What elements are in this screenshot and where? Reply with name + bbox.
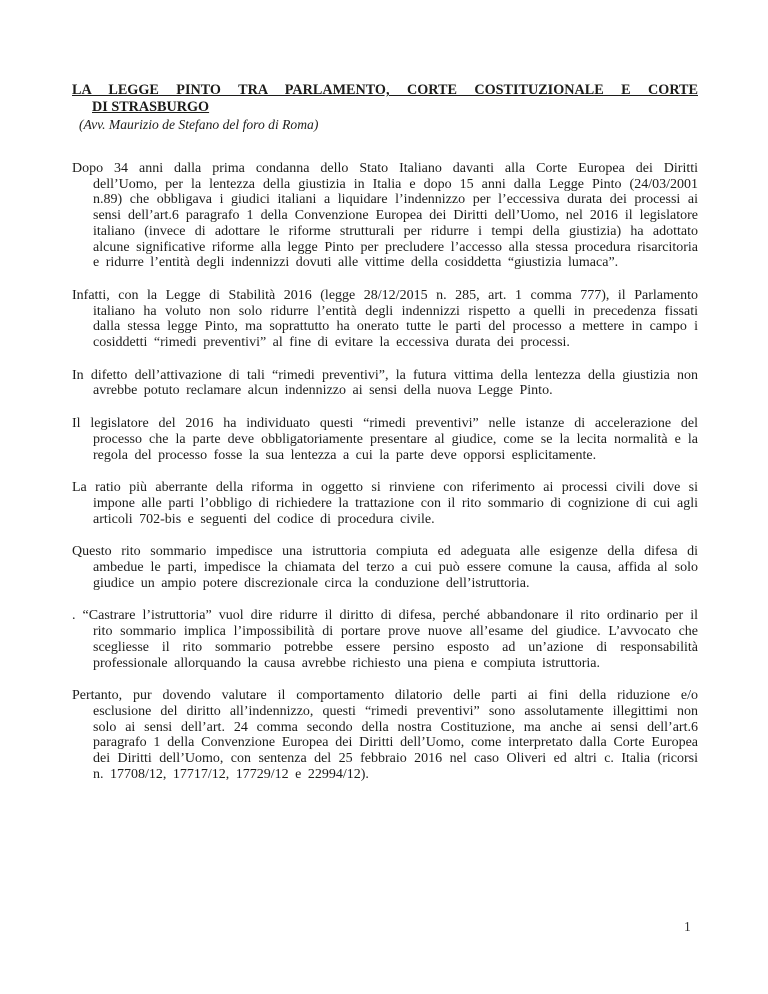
- paragraph-8: Pertanto, pur dovendo valutare il compor…: [72, 688, 698, 782]
- paragraph-2: Infatti, con la Legge di Stabilità 2016 …: [72, 288, 698, 351]
- paragraph-1: Dopo 34 anni dalla prima condanna dello …: [72, 161, 698, 271]
- paragraph-3: In difetto dell’attivazione di tali “rim…: [72, 368, 698, 399]
- paragraph-7: . “Castrare l’istruttoria” vuol dire rid…: [72, 608, 698, 671]
- paragraph-5: La ratio più aberrante della riforma in …: [72, 480, 698, 527]
- author-byline: (Avv. Maurizio de Stefano del foro di Ro…: [72, 117, 698, 133]
- title-line-2: DI STRASBURGO: [92, 99, 698, 116]
- page-number: 1: [684, 919, 691, 935]
- paragraph-4: Il legislatore del 2016 ha individuato q…: [72, 416, 698, 463]
- title-line-1: LA LEGGE PINTO TRA PARLAMENTO, CORTE COS…: [72, 82, 698, 99]
- document-title: LA LEGGE PINTO TRA PARLAMENTO, CORTE COS…: [72, 82, 698, 116]
- document-page: LA LEGGE PINTO TRA PARLAMENTO, CORTE COS…: [0, 0, 768, 994]
- document-content: LA LEGGE PINTO TRA PARLAMENTO, CORTE COS…: [72, 82, 698, 800]
- paragraph-6: Questo rito sommario impedisce una istru…: [72, 544, 698, 591]
